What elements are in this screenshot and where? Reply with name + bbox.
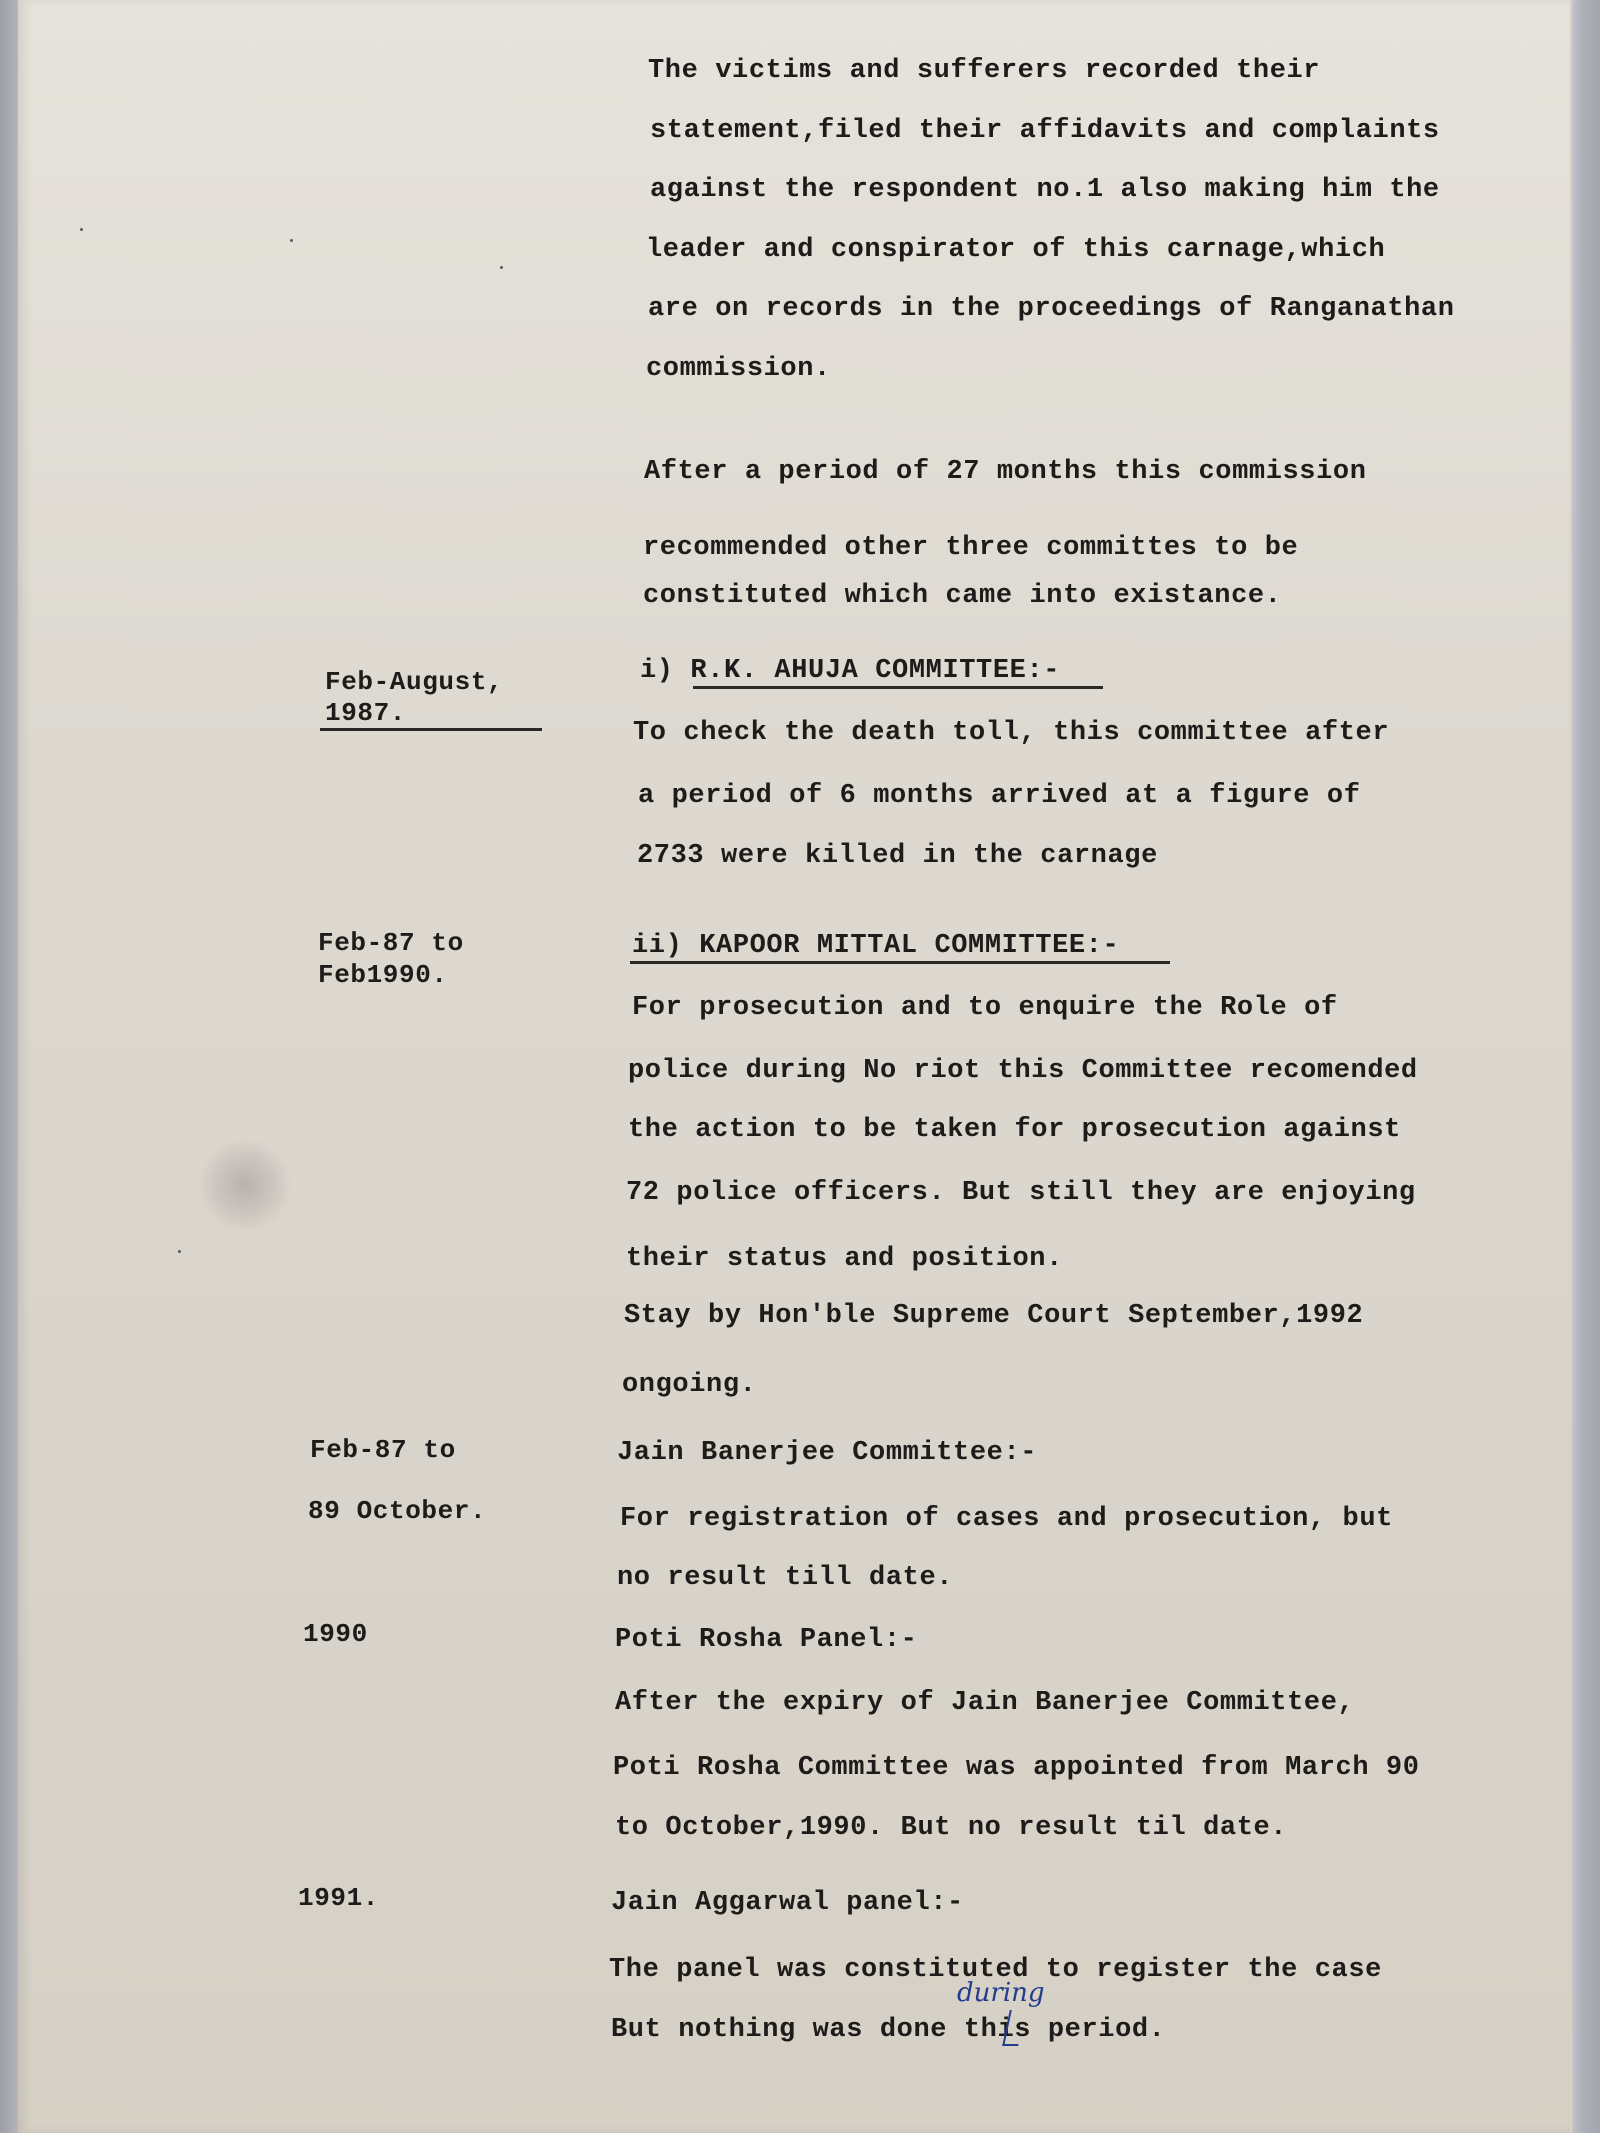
text-line: But nothing was done this period. (611, 2017, 1166, 2044)
entry-date: 1991. (298, 1885, 379, 1911)
text-line: For registration of cases and prosecutio… (620, 1506, 1393, 1533)
text-line: police during No riot this Committee rec… (628, 1058, 1418, 1085)
entry-date: Feb1990. (318, 962, 448, 988)
entry-date: Feb-87 to (318, 930, 464, 956)
text-line: no result till date. (617, 1565, 953, 1592)
background-left-edge (0, 0, 20, 2133)
entry-heading: Poti Rosha Panel:- (615, 1627, 917, 1654)
text-line: For prosecution and to enquire the Role … (632, 995, 1338, 1022)
entry-heading: i) R.K. AHUJA COMMITTEE:- (640, 658, 1060, 685)
text-line: statement,filed their affidavits and com… (650, 118, 1440, 145)
text-line: ongoing. (622, 1372, 756, 1399)
entry-heading: ii) KAPOOR MITTAL COMMITTEE:- (632, 933, 1119, 960)
paper-speck (80, 228, 83, 231)
text-line: After a period of 27 months this commiss… (644, 459, 1367, 486)
entry-heading: Jain Banerjee Committee:- (617, 1440, 1037, 1467)
text-line: 72 police officers. But still they are e… (626, 1180, 1416, 1207)
text-line: To check the death toll, this committee … (633, 720, 1389, 747)
text-line: the action to be taken for prosecution a… (628, 1117, 1401, 1144)
text-line: recommended other three committes to be (643, 535, 1298, 562)
entry-date: 1987. (325, 700, 406, 726)
paper-speck (290, 239, 293, 242)
entry-heading: Jain Aggarwal panel:- (611, 1890, 964, 1917)
text-line: against the respondent no.1 also making … (650, 177, 1440, 204)
text-line: Stay by Hon'ble Supreme Court September,… (624, 1303, 1363, 1330)
heading-underline (693, 686, 1103, 689)
text-line: The victims and sufferers recorded their (648, 58, 1320, 85)
entry-date: 1990 (303, 1621, 368, 1647)
entry-date: Feb-August, (325, 669, 503, 695)
text-line: to October,1990. But no result til date. (615, 1815, 1287, 1842)
entry-date: 89 October. (308, 1498, 486, 1524)
page-stack-edge (1570, 0, 1600, 2133)
text-line: 2733 were killed in the carnage (637, 843, 1158, 870)
text-line: constituted which came into existance. (643, 583, 1282, 610)
paper-speck (178, 1250, 181, 1253)
text-line: commission. (646, 356, 831, 383)
text-line: After the expiry of Jain Banerjee Commit… (615, 1690, 1354, 1717)
text-line: their status and position. (626, 1246, 1063, 1273)
paper-speck (500, 266, 503, 269)
text-line: a period of 6 months arrived at a figure… (638, 783, 1361, 810)
handwritten-insertion: during (957, 1980, 1045, 2006)
text-line: Poti Rosha Committee was appointed from … (613, 1755, 1420, 1782)
text-line: are on records in the proceedings of Ran… (648, 296, 1455, 323)
paper-stain (195, 1140, 295, 1230)
date-underline (320, 728, 542, 731)
entry-date: Feb-87 to (310, 1437, 456, 1463)
text-line: leader and conspirator of this carnage,w… (646, 237, 1385, 264)
heading-underline (630, 961, 1170, 964)
